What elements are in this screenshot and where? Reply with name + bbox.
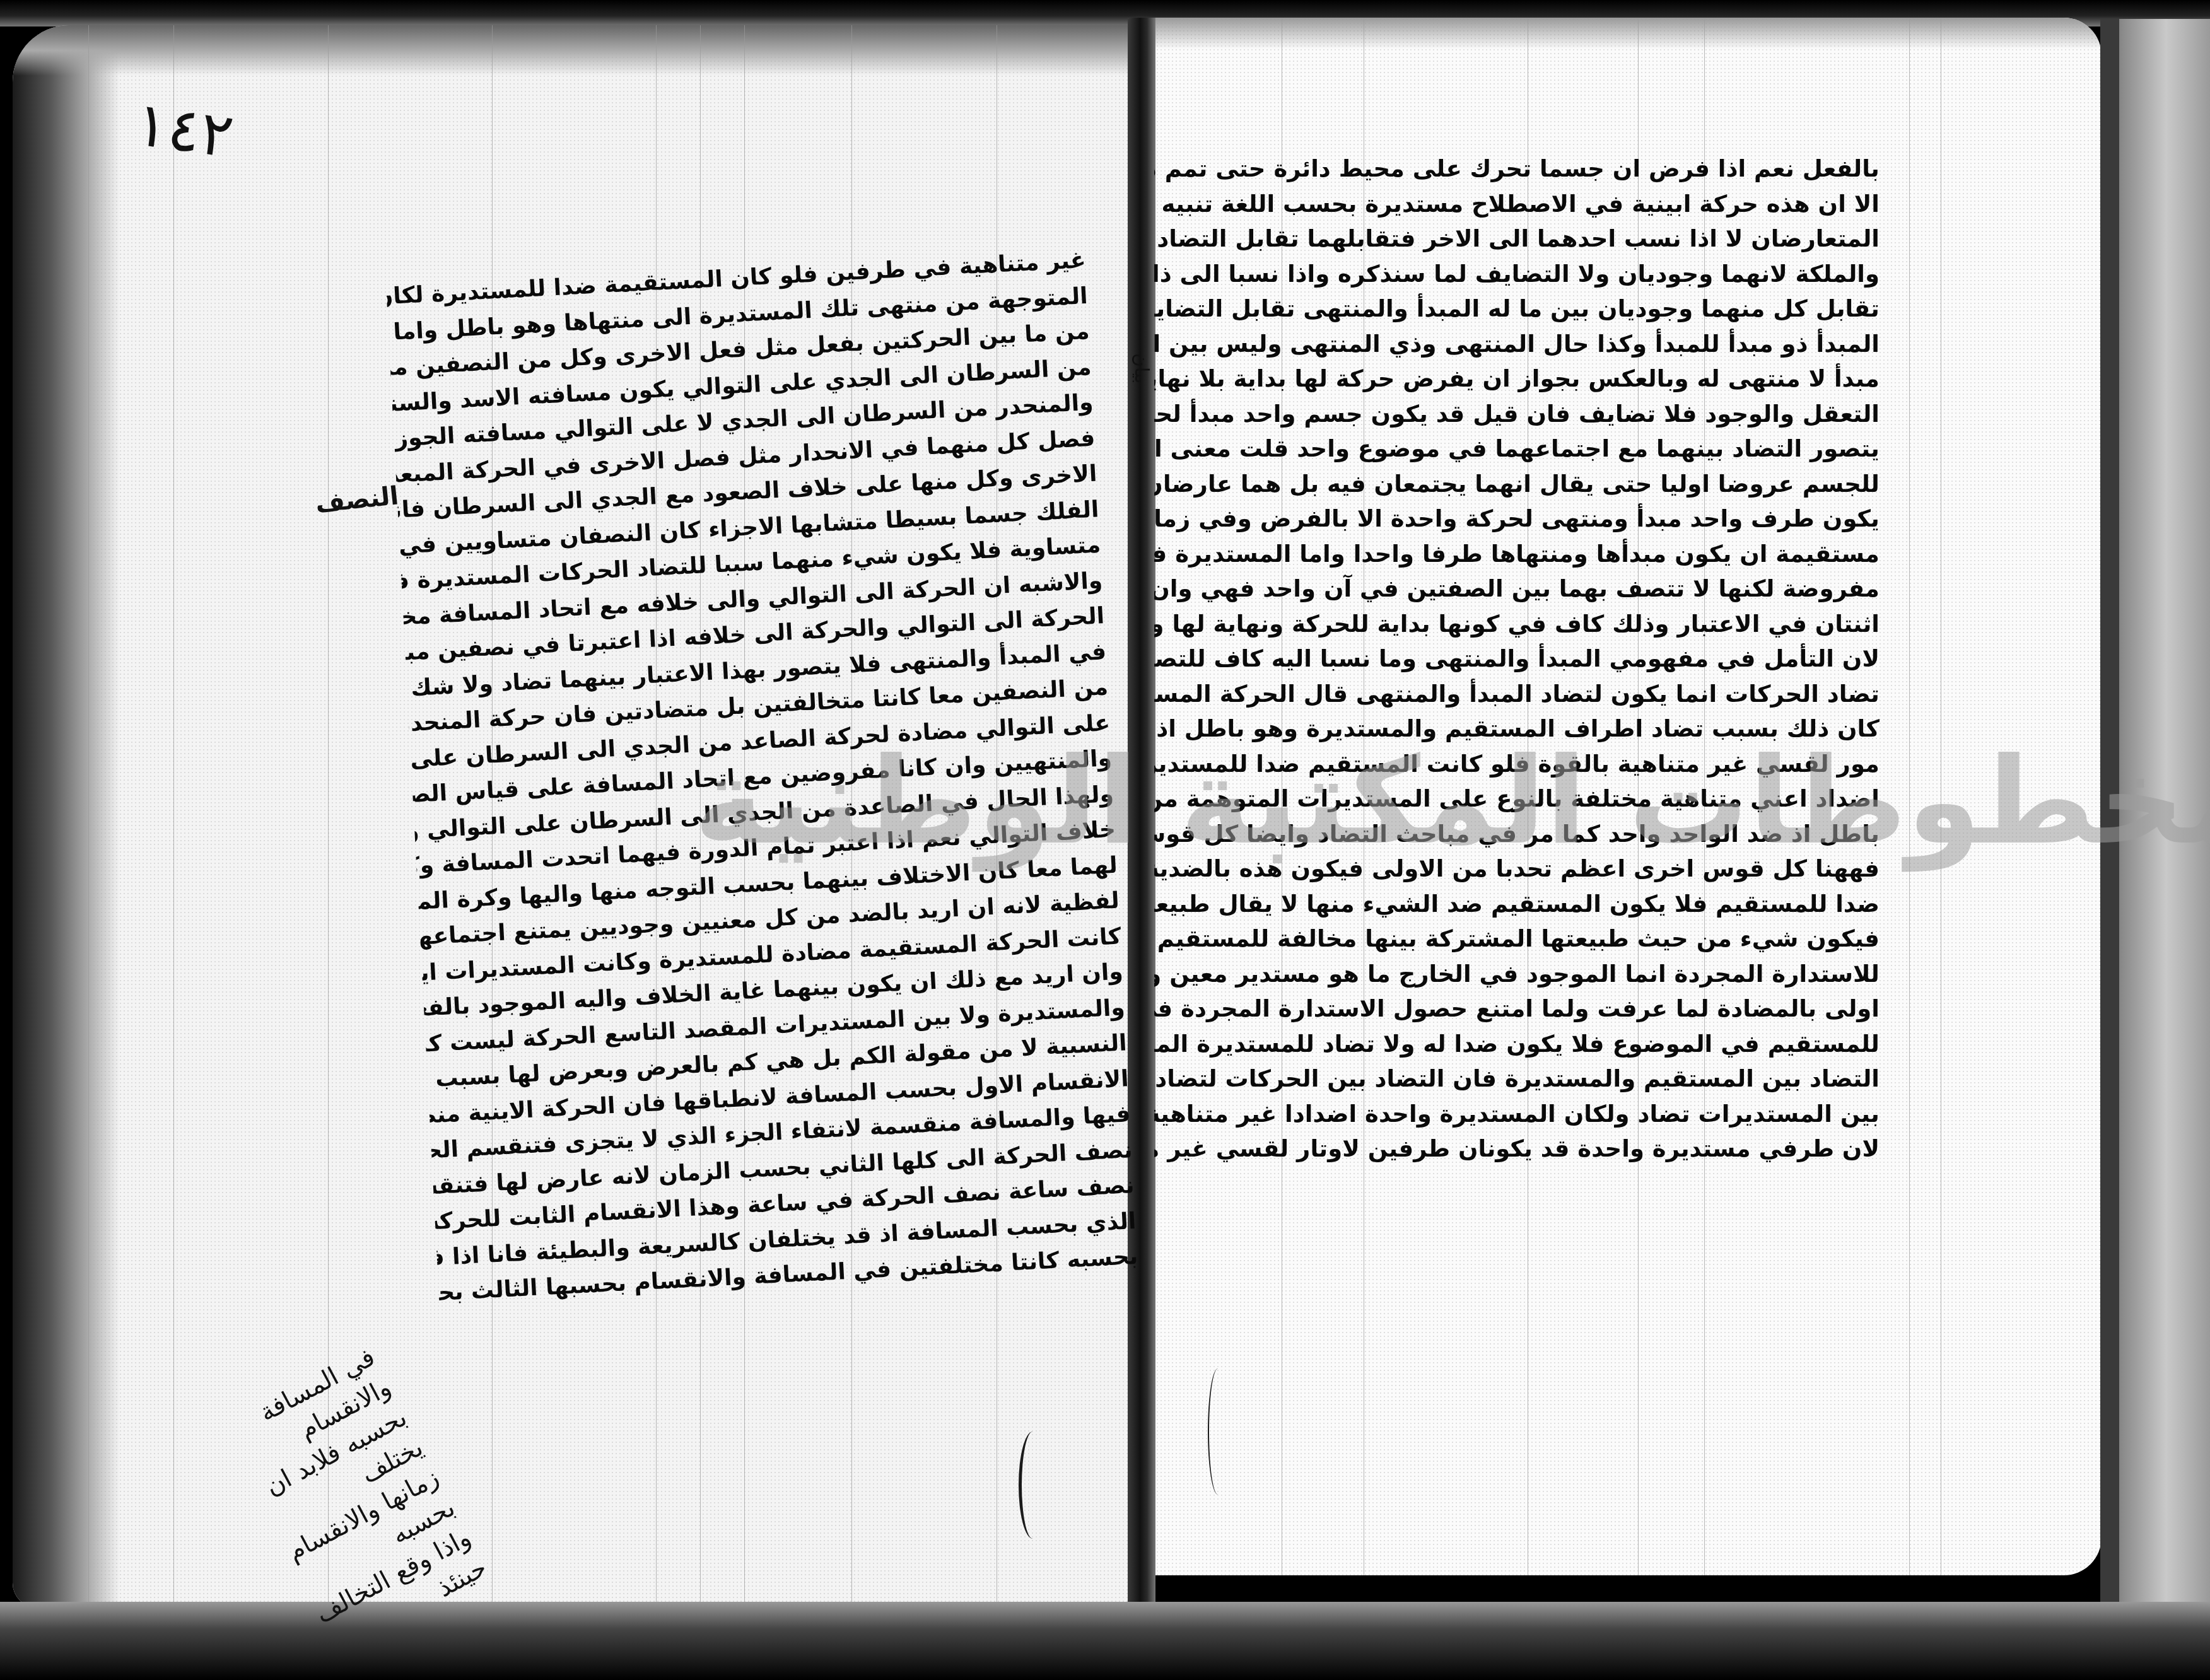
text-line: للجسم عروضا اوليا حتى يقال انهما يجتمعان… bbox=[1154, 467, 1880, 502]
left-page-edge-shadow bbox=[13, 25, 120, 1608]
text-line: تقابل كل منهما وجوديان بين ما له المبدأ … bbox=[1154, 291, 1880, 327]
left-page-text: غير متناهية في طرفين فلو كان المستقيمة ض… bbox=[386, 243, 1139, 1311]
text-line: للمستقيم في الموضوع فلا يكون ضدا له ولا … bbox=[1154, 1027, 1880, 1062]
text-line: كان ذلك بسبب تضاد اطراف المستقيم والمستد… bbox=[1154, 711, 1880, 747]
text-line: مستقيمة ان يكون مبدأها ومنتهاها طرفا واح… bbox=[1154, 537, 1880, 572]
text-line: لان طرفي مستديرة واحدة قد يكونان طرفين ل… bbox=[1154, 1131, 1880, 1167]
text-line: يتصور التضاد بينهما مع اجتماعهما في موضو… bbox=[1154, 431, 1880, 467]
text-line: فيكون شيء من حيث طبيعتها المشتركة بينها … bbox=[1154, 921, 1880, 957]
right-page-edge-strip bbox=[2100, 19, 2119, 1608]
ink-stroke-mark bbox=[1019, 1432, 1047, 1539]
text-line: فههنا كل قوس اخرى اعظم تحدبا من الاولى ف… bbox=[1154, 851, 1880, 887]
text-line: الا ان هذه حركة ابينية في الاصطلاح مستدي… bbox=[1154, 187, 1880, 222]
text-line: باطل اذ ضد الواحد واحد كما مر في مباحث ا… bbox=[1154, 817, 1880, 852]
text-line: بين المستديرات تضاد ولكان المستديرة واحد… bbox=[1154, 1097, 1880, 1132]
scan-line bbox=[1941, 18, 1941, 1575]
book-gutter bbox=[1128, 18, 1155, 1607]
text-line: التضاد بين المستقيم والمستديرة فان التضا… bbox=[1154, 1061, 1880, 1097]
manuscript-spread: ١٤٢ النصف في المسافة والانقسام بحسبه فلا… bbox=[0, 0, 2210, 1680]
text-line: اضداد اعني متناهية مختلفة بالنوع على الم… bbox=[1154, 781, 1880, 817]
text-line: اثنتان في الاعتبار وذلك كاف في كونها بدا… bbox=[1154, 607, 1880, 642]
text-line: ضدا للمستقيم فلا يكون المستقيم ضد الشيء … bbox=[1154, 887, 1880, 922]
scan-line bbox=[173, 25, 174, 1608]
right-page-top-shadow bbox=[1155, 18, 2102, 49]
scan-line bbox=[88, 25, 89, 1608]
text-line: التعقل والوجود فلا تضايف فان قيل قد يكون… bbox=[1154, 397, 1880, 432]
right-page-text: بالفعل نعم اذا فرض ان جسما تحرك على محيط… bbox=[1154, 151, 1880, 1167]
text-line: والملكة لانهما وجوديان ولا التضايف لما س… bbox=[1154, 257, 1880, 292]
paper-crease-mark bbox=[1208, 1368, 1228, 1495]
text-line: مور لقسي غير متناهية بالقوة فلو كانت الم… bbox=[1154, 747, 1880, 782]
page-number: ١٤٢ bbox=[131, 88, 238, 172]
text-line: يكون طرف واحد مبدأ ومنتهى لحركة واحدة ال… bbox=[1154, 501, 1880, 537]
text-line: المبدأ ذو مبدأ للمبدأ وكذا حال المنتهى و… bbox=[1154, 327, 1880, 362]
scan-line bbox=[1909, 18, 1910, 1575]
right-book-edge bbox=[2100, 19, 2210, 1608]
text-line: مبدأ لا منتهى له وبالعكس بجواز ان يفرض ح… bbox=[1154, 361, 1880, 397]
text-line: بالفعل نعم اذا فرض ان جسما تحرك على محيط… bbox=[1154, 151, 1880, 187]
text-line: تضاد الحركات انما يكون لتضاد المبدأ والم… bbox=[1154, 677, 1880, 712]
text-line: المتعارضان لا اذا نسب احدهما الى الاخر ف… bbox=[1154, 221, 1880, 257]
left-page-top-shadow bbox=[13, 25, 1129, 76]
text-line: اولى بالمضادة لما عرفت ولما امتنع حصول ا… bbox=[1154, 991, 1880, 1027]
text-line: مفروضة لكنها لا تتصف بهما بين الصفتين في… bbox=[1154, 571, 1880, 607]
text-line: للاستدارة المجردة انما الموجود في الخارج… bbox=[1154, 957, 1880, 992]
margin-note-right-page: بيان bbox=[1130, 353, 1152, 384]
text-line: لان التأمل في مفهومي المبدأ والمنتهى وما… bbox=[1154, 641, 1880, 677]
